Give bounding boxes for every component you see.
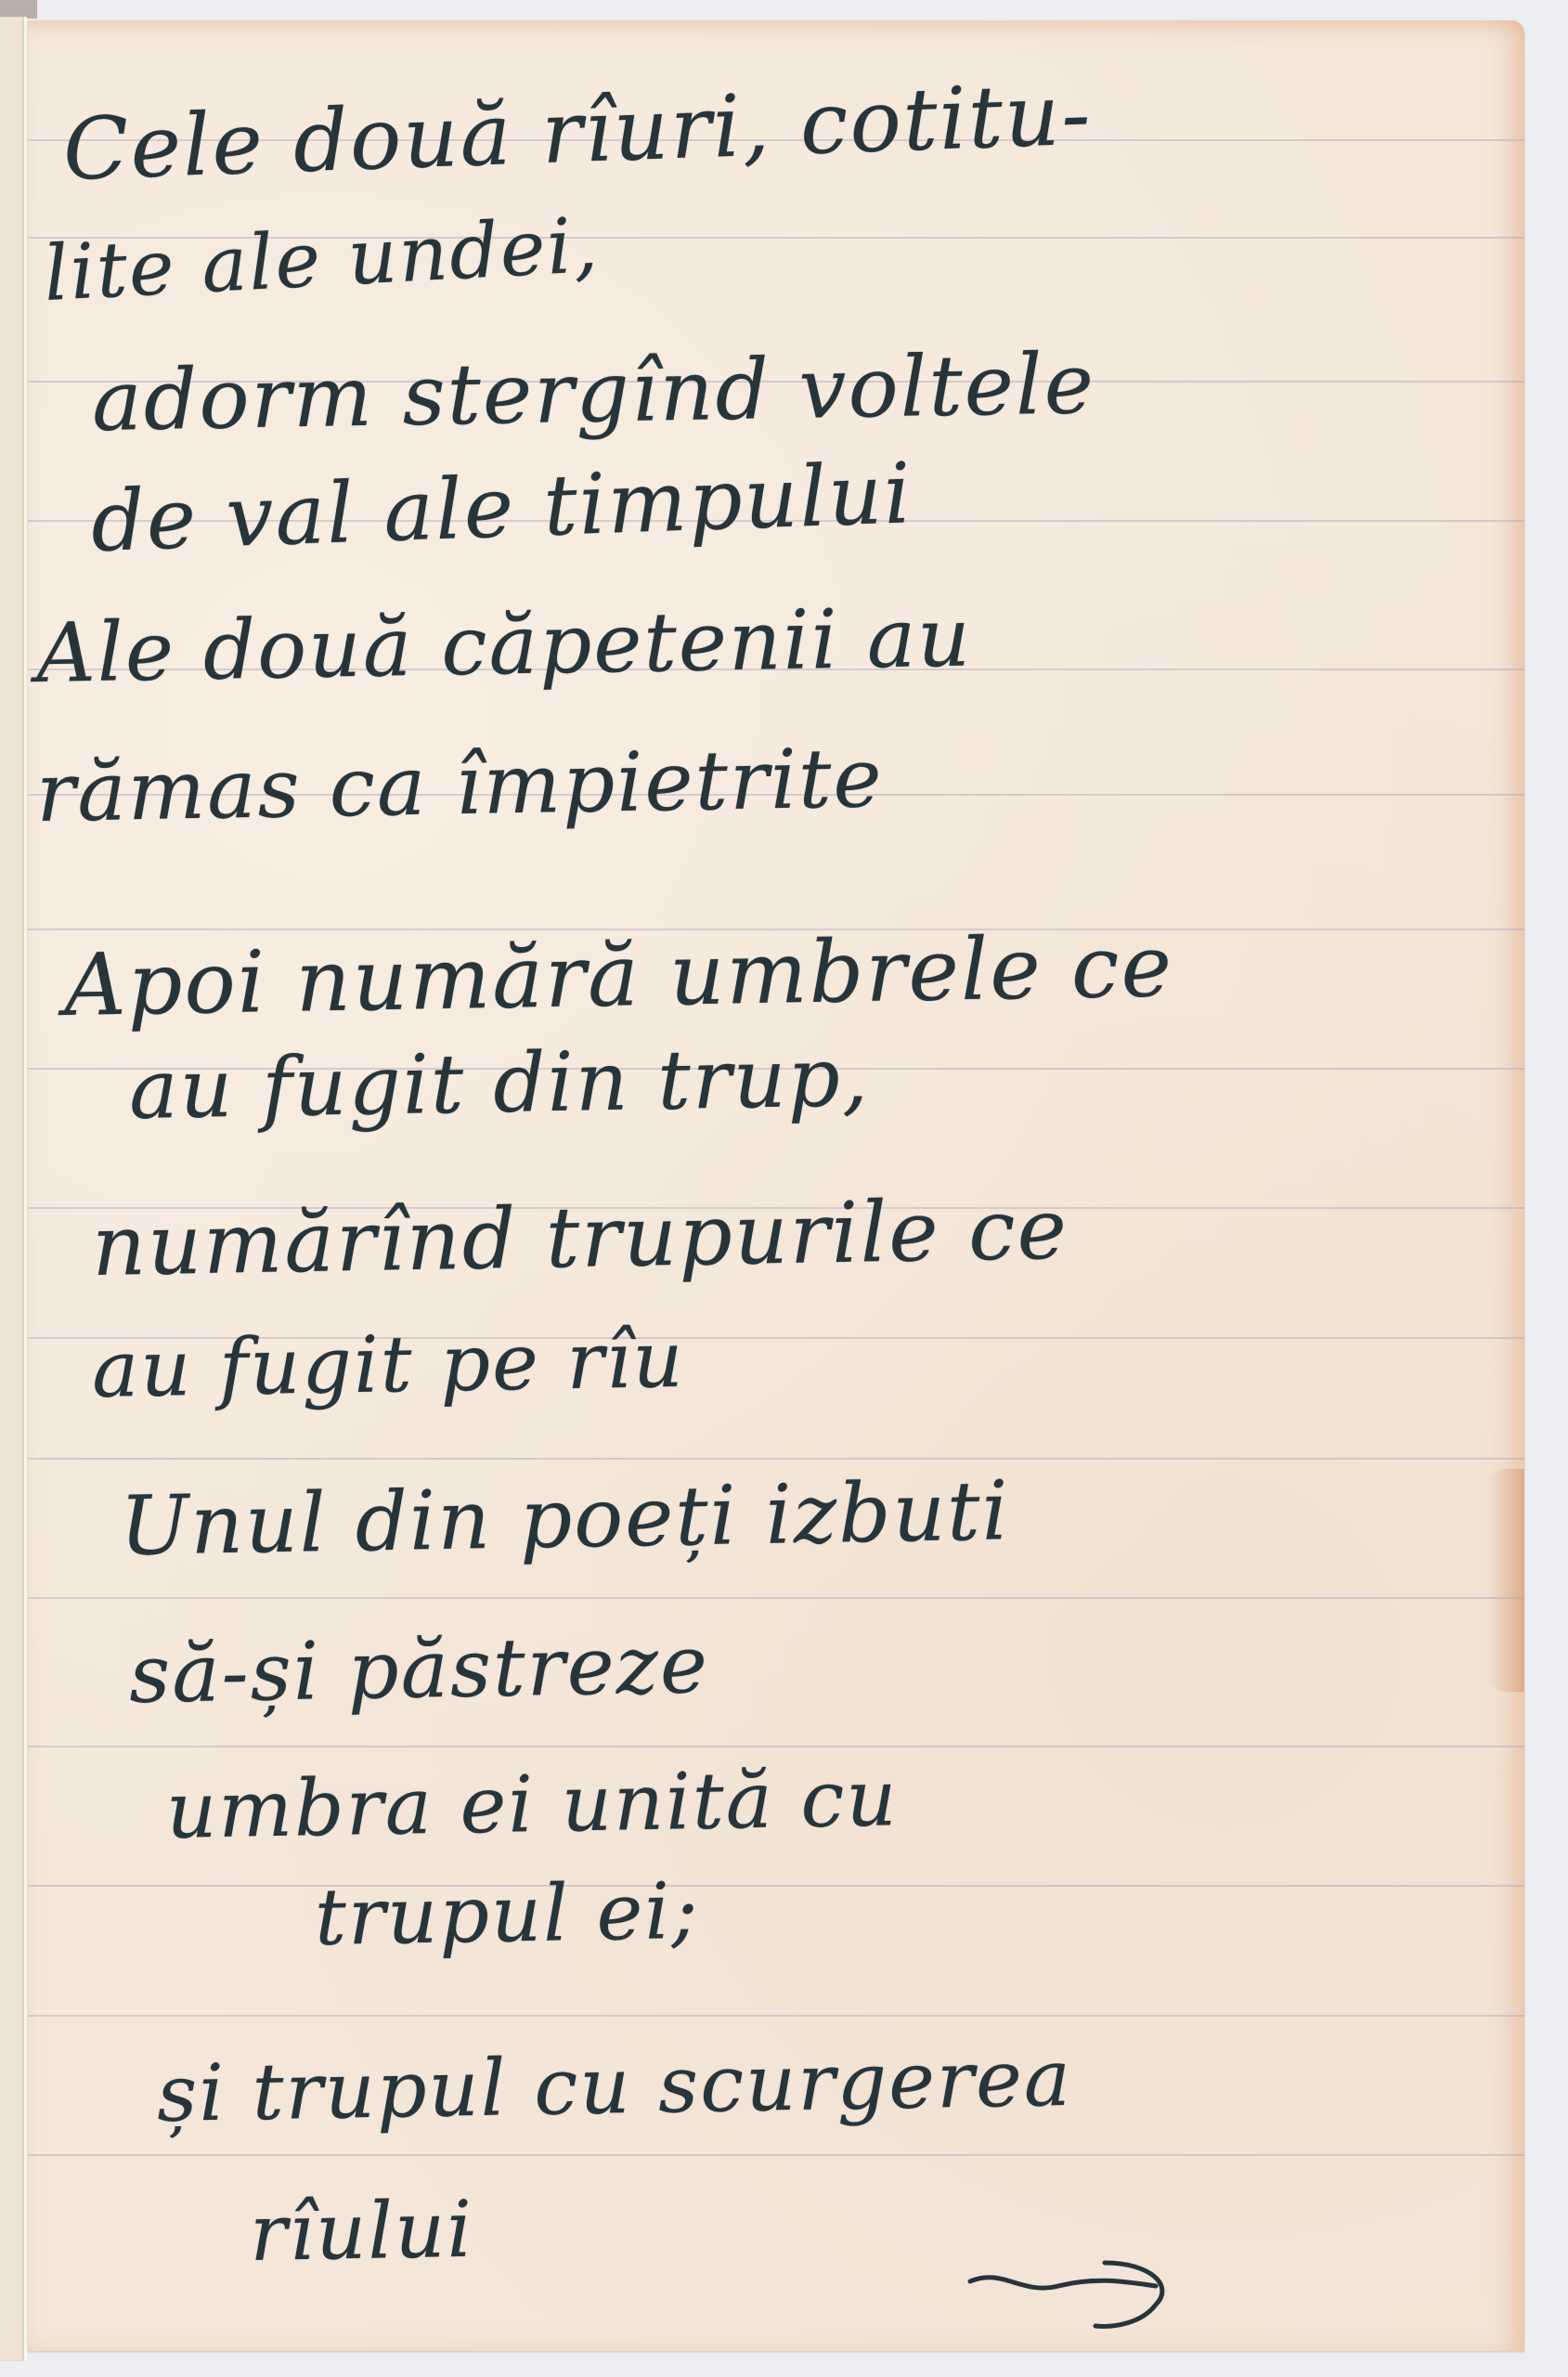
manuscript-line: trupul ei; [314,1865,700,1963]
scanned-manuscript: Cele două rîuri, cotitu-lite ale undei,a… [0,0,1568,2377]
manuscript-line: să-și păstreze [128,1618,709,1721]
manuscript-line: au fugit pe rîu [91,1314,685,1415]
notebook-page: Cele două rîuri, cotitu-lite ale undei,a… [28,20,1524,2351]
manuscript-line: numărînd trupurile ce [91,1181,1069,1295]
manuscript-line: de val ale timpului [89,445,914,571]
manuscript-line: au fugit din trup, [128,1029,870,1137]
facing-page-edge [0,17,27,2361]
manuscript-line: Cele două rîuri, cotitu- [61,64,1094,200]
manuscript-line: Apoi numără umbrele ce [63,916,1174,1035]
scan-background-corner [0,0,37,19]
manuscript-line: Unul din poeți izbuti [119,1462,1010,1574]
handwritten-text: Cele două rîuri, cotitu-lite ale undei,a… [28,20,1524,2351]
manuscript-line: rîului [249,2184,474,2279]
continuation-arrow-icon [965,2254,1179,2337]
manuscript-line: adorm stergînd voltele [91,335,1096,450]
manuscript-line: și trupul cu scurgerea [156,2033,1072,2139]
manuscript-line: Ale două căpetenii au [35,589,973,701]
manuscript-line: umbra ei unită cu [165,1752,899,1856]
manuscript-line: rămas ca împietrite [35,730,884,840]
manuscript-line: lite ale undei, [42,201,602,318]
